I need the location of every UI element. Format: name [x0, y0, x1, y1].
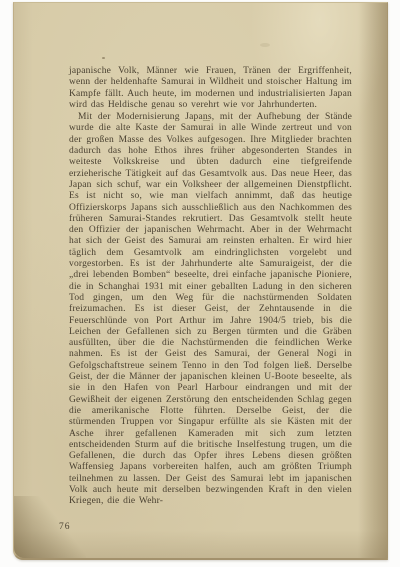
book-page: japanische Volk, Männer wie Frauen, Trän… [13, 2, 388, 560]
page-right-edge-shadow [359, 3, 387, 558]
paragraph-continuation: japanische Volk, Männer wie Frauen, Trän… [69, 66, 352, 111]
paper-stain [260, 43, 270, 47]
scan-backdrop: japanische Volk, Männer wie Frauen, Trän… [0, 0, 400, 567]
page-number: 76 [59, 522, 71, 532]
paper-speck [102, 57, 105, 59]
page-text-block: japanische Volk, Männer wie Frauen, Trän… [69, 66, 352, 508]
paragraph-main: Mit der Modernisierung Japans, mit der A… [69, 112, 352, 507]
